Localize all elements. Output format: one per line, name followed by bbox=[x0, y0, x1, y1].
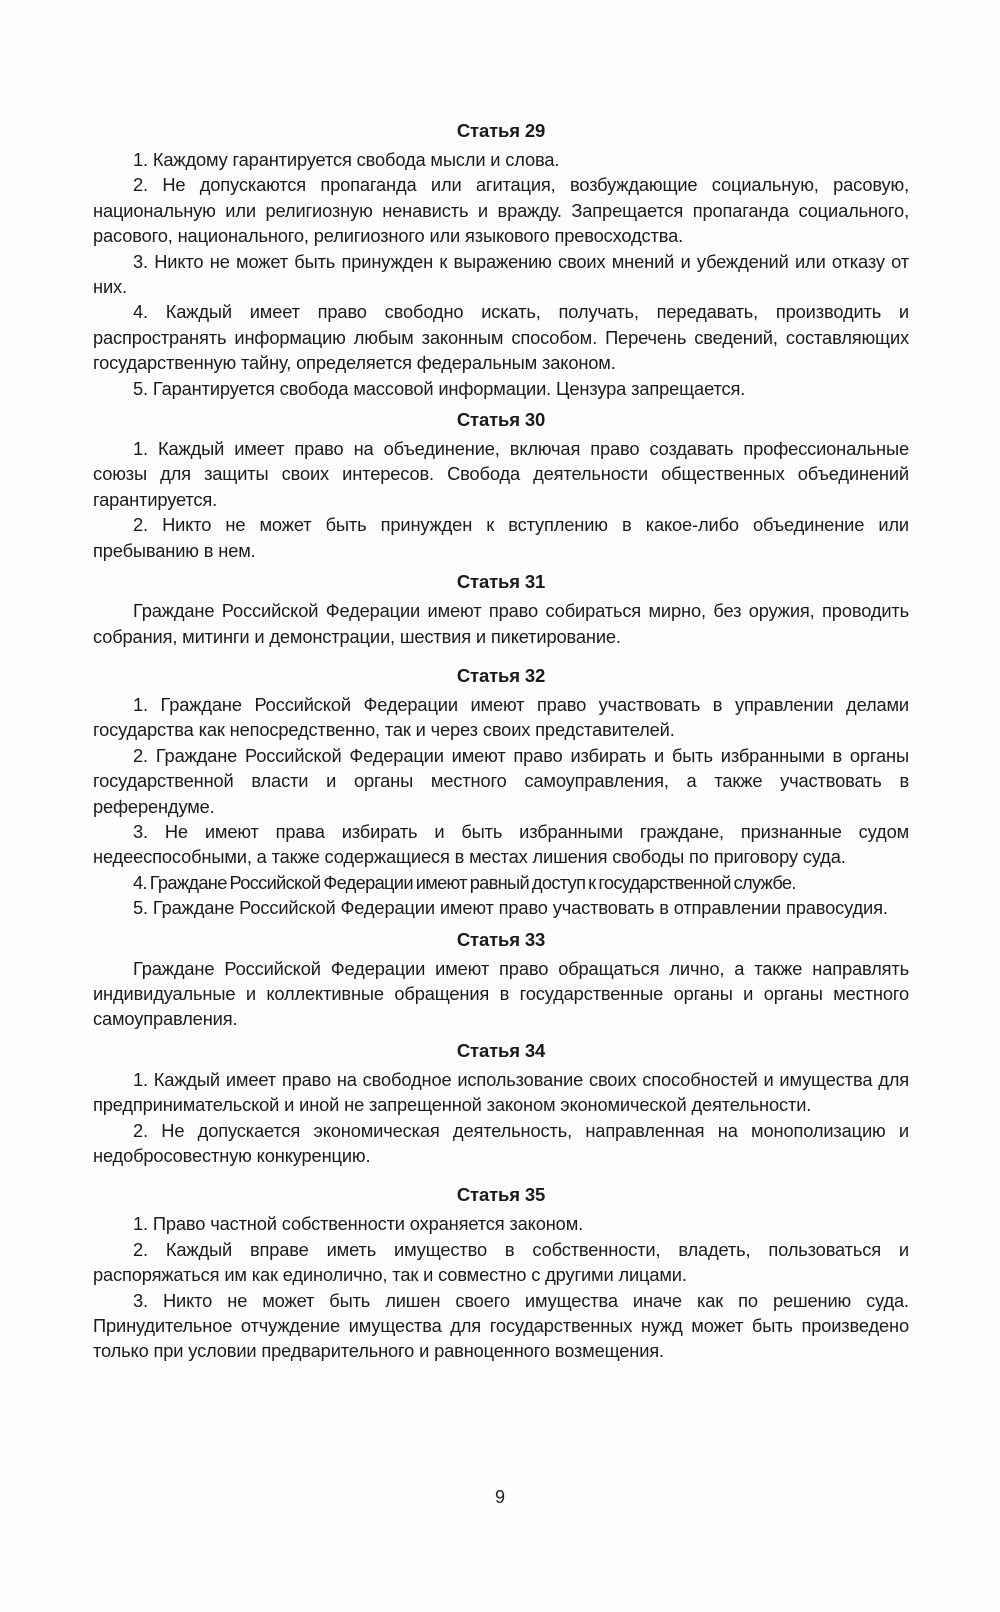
article-32: Статья 32 1. Граждане Российской Федерац… bbox=[93, 663, 909, 921]
article-title: Статья 30 bbox=[93, 407, 909, 433]
paragraph: 2. Никто не может быть принужден к вступ… bbox=[93, 512, 909, 563]
paragraph: 3. Не имеют права избирать и быть избран… bbox=[93, 819, 909, 870]
paragraph: 1. Граждане Российской Федерации имеют п… bbox=[93, 692, 909, 743]
paragraph: 2. Граждане Российской Федерации имеют п… bbox=[93, 743, 909, 819]
paragraph: 4. Каждый имеет право свободно искать, п… bbox=[93, 299, 909, 375]
document-body: Статья 29 1. Каждому гарантируется свобо… bbox=[93, 118, 909, 1370]
document-page: Статья 29 1. Каждому гарантируется свобо… bbox=[0, 0, 1000, 1612]
paragraph: 2. Каждый вправе иметь имущество в собст… bbox=[93, 1237, 909, 1288]
paragraph: 1. Каждый имеет право на объединение, вк… bbox=[93, 436, 909, 512]
paragraph: 1. Каждому гарантируется свобода мысли и… bbox=[93, 147, 909, 172]
paragraph: 1. Каждый имеет право на свободное испол… bbox=[93, 1067, 909, 1118]
article-title: Статья 33 bbox=[93, 927, 909, 953]
article-35: Статья 35 1. Право частной собственности… bbox=[93, 1182, 909, 1363]
paragraph: 1. Право частной собственности охраняетс… bbox=[93, 1211, 909, 1236]
article-title: Статья 35 bbox=[93, 1182, 909, 1208]
paragraph: 5. Гарантируется свобода массовой информ… bbox=[93, 376, 909, 401]
paragraph: 3. Никто не может быть принужден к выраж… bbox=[93, 249, 909, 300]
paragraph: 4. Граждане Российской Федерации имеют р… bbox=[93, 870, 909, 895]
page-number: 9 bbox=[0, 1487, 1000, 1508]
paragraph: Граждане Российской Федерации имеют прав… bbox=[93, 956, 909, 1032]
paragraph: Граждане Российской Федерации имеют прав… bbox=[93, 598, 909, 649]
article-title: Статья 31 bbox=[93, 569, 909, 595]
paragraph: 2. Не допускается экономическая деятельн… bbox=[93, 1118, 909, 1169]
article-31: Статья 31 Граждане Российской Федерации … bbox=[93, 569, 909, 649]
article-title: Статья 34 bbox=[93, 1038, 909, 1064]
article-34: Статья 34 1. Каждый имеет право на свобо… bbox=[93, 1038, 909, 1169]
paragraph: 2. Не допускаются пропаганда или агитаци… bbox=[93, 172, 909, 248]
article-title: Статья 32 bbox=[93, 663, 909, 689]
article-30: Статья 30 1. Каждый имеет право на объед… bbox=[93, 407, 909, 563]
paragraph: 5. Граждане Российской Федерации имеют п… bbox=[93, 895, 909, 920]
article-title: Статья 29 bbox=[93, 118, 909, 144]
article-29: Статья 29 1. Каждому гарантируется свобо… bbox=[93, 118, 909, 401]
paragraph: 3. Никто не может быть лишен своего имущ… bbox=[93, 1288, 909, 1364]
article-33: Статья 33 Граждане Российской Федерации … bbox=[93, 927, 909, 1032]
